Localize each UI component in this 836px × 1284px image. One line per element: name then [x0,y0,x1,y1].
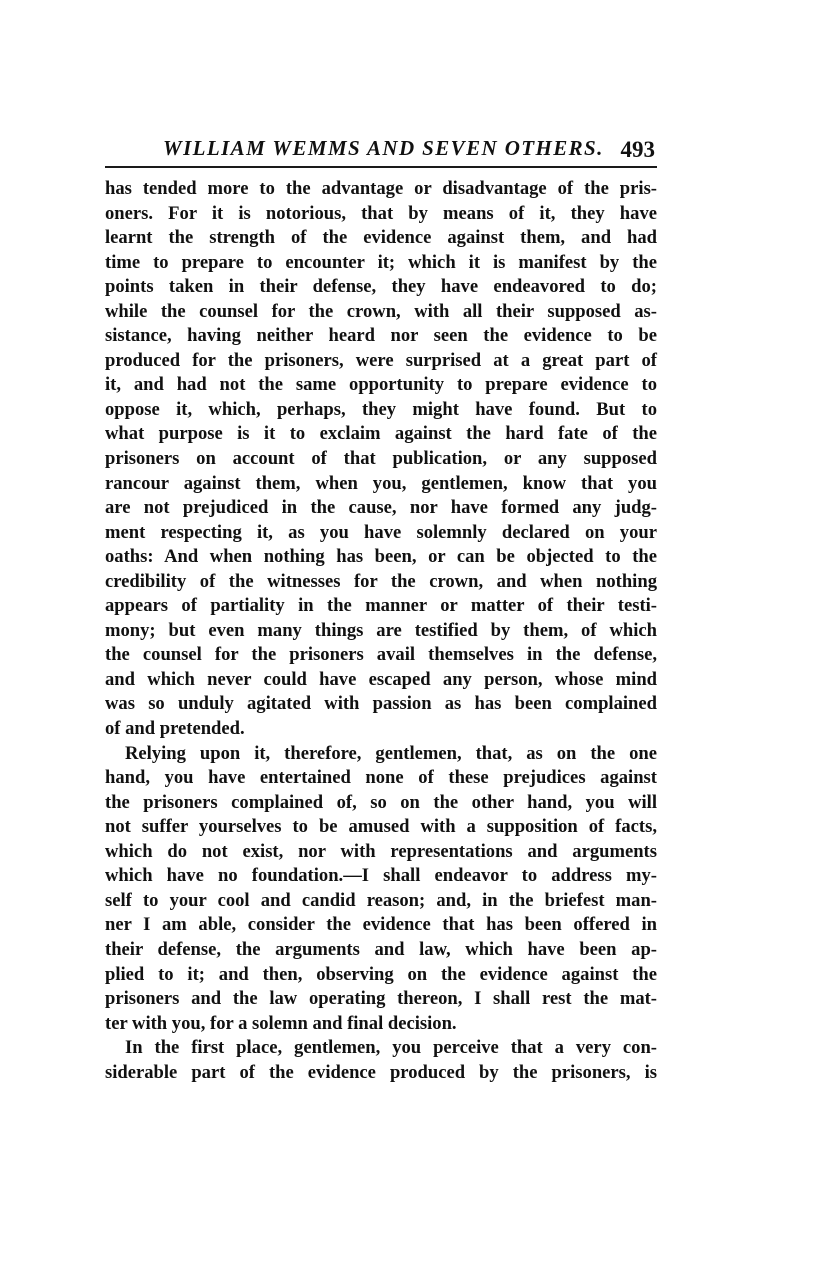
text-line: produced for the prisoners, were surpris… [105,349,657,374]
text-line: are not prejudiced in the cause, nor hav… [105,496,657,521]
text-line: while the counsel for the crown, with al… [105,300,657,325]
body-text: has tended more to the advantage or disa… [105,177,657,1085]
text-line: time to prepare to encounter it; which i… [105,251,657,276]
paragraph-3: In the first place, gentlemen, you perce… [105,1036,657,1085]
text-line: oaths: And when nothing has been, or can… [105,545,657,570]
text-line: oppose it, which, perhaps, they might ha… [105,398,657,423]
text-line: oners. For it is notorious, that by mean… [105,202,657,227]
paragraph-2: Relying upon it, therefore, gentlemen, t… [105,742,657,1037]
text-line: of and pretended. [105,717,657,742]
page-number: 493 [621,137,656,163]
text-line: it, and had not the same opportunity to … [105,373,657,398]
text-line: and which never could have escaped any p… [105,668,657,693]
text-line: rancour against them, when you, gentleme… [105,472,657,497]
text-line: prisoners on account of that publication… [105,447,657,472]
text-line: credibility of the witnesses for the cro… [105,570,657,595]
text-line: hand, you have entertained none of these… [105,766,657,791]
text-line: points taken in their defense, they have… [105,275,657,300]
text-line: which have no foundation.—I shall endeav… [105,864,657,889]
text-line: not suffer yourselves to be amused with … [105,815,657,840]
text-line: learnt the strength of the evidence agai… [105,226,657,251]
running-title: WILLIAM WEMMS AND SEVEN OTHERS. [163,136,604,161]
text-line: plied to it; and then, observing on the … [105,963,657,988]
running-head: WILLIAM WEMMS AND SEVEN OTHERS. 493 [105,132,657,168]
text-line: the counsel for the prisoners avail them… [105,643,657,668]
text-line: the prisoners complained of, so on the o… [105,791,657,816]
paragraph-1: has tended more to the advantage or disa… [105,177,657,742]
text-line: their defense, the arguments and law, wh… [105,938,657,963]
text-line: ment respecting it, as you have solemnly… [105,521,657,546]
text-line: has tended more to the advantage or disa… [105,177,657,202]
text-line: mony; but even many things are testified… [105,619,657,644]
text-line: sistance, having neither heard nor seen … [105,324,657,349]
book-page: WILLIAM WEMMS AND SEVEN OTHERS. 493 has … [105,132,657,1085]
text-line: prisoners and the law operating thereon,… [105,987,657,1012]
text-line: self to your cool and candid reason; and… [105,889,657,914]
text-line: Relying upon it, therefore, gentlemen, t… [105,742,657,767]
text-line: siderable part of the evidence produced … [105,1061,657,1086]
text-line: ner I am able, consider the evidence tha… [105,913,657,938]
text-line: In the first place, gentlemen, you perce… [105,1036,657,1061]
text-line: was so unduly agitated with passion as h… [105,692,657,717]
text-line: appears of partiality in the manner or m… [105,594,657,619]
text-line: what purpose is it to exclaim against th… [105,422,657,447]
text-line: ter with you, for a solemn and final dec… [105,1012,657,1037]
text-line: which do not exist, nor with representat… [105,840,657,865]
